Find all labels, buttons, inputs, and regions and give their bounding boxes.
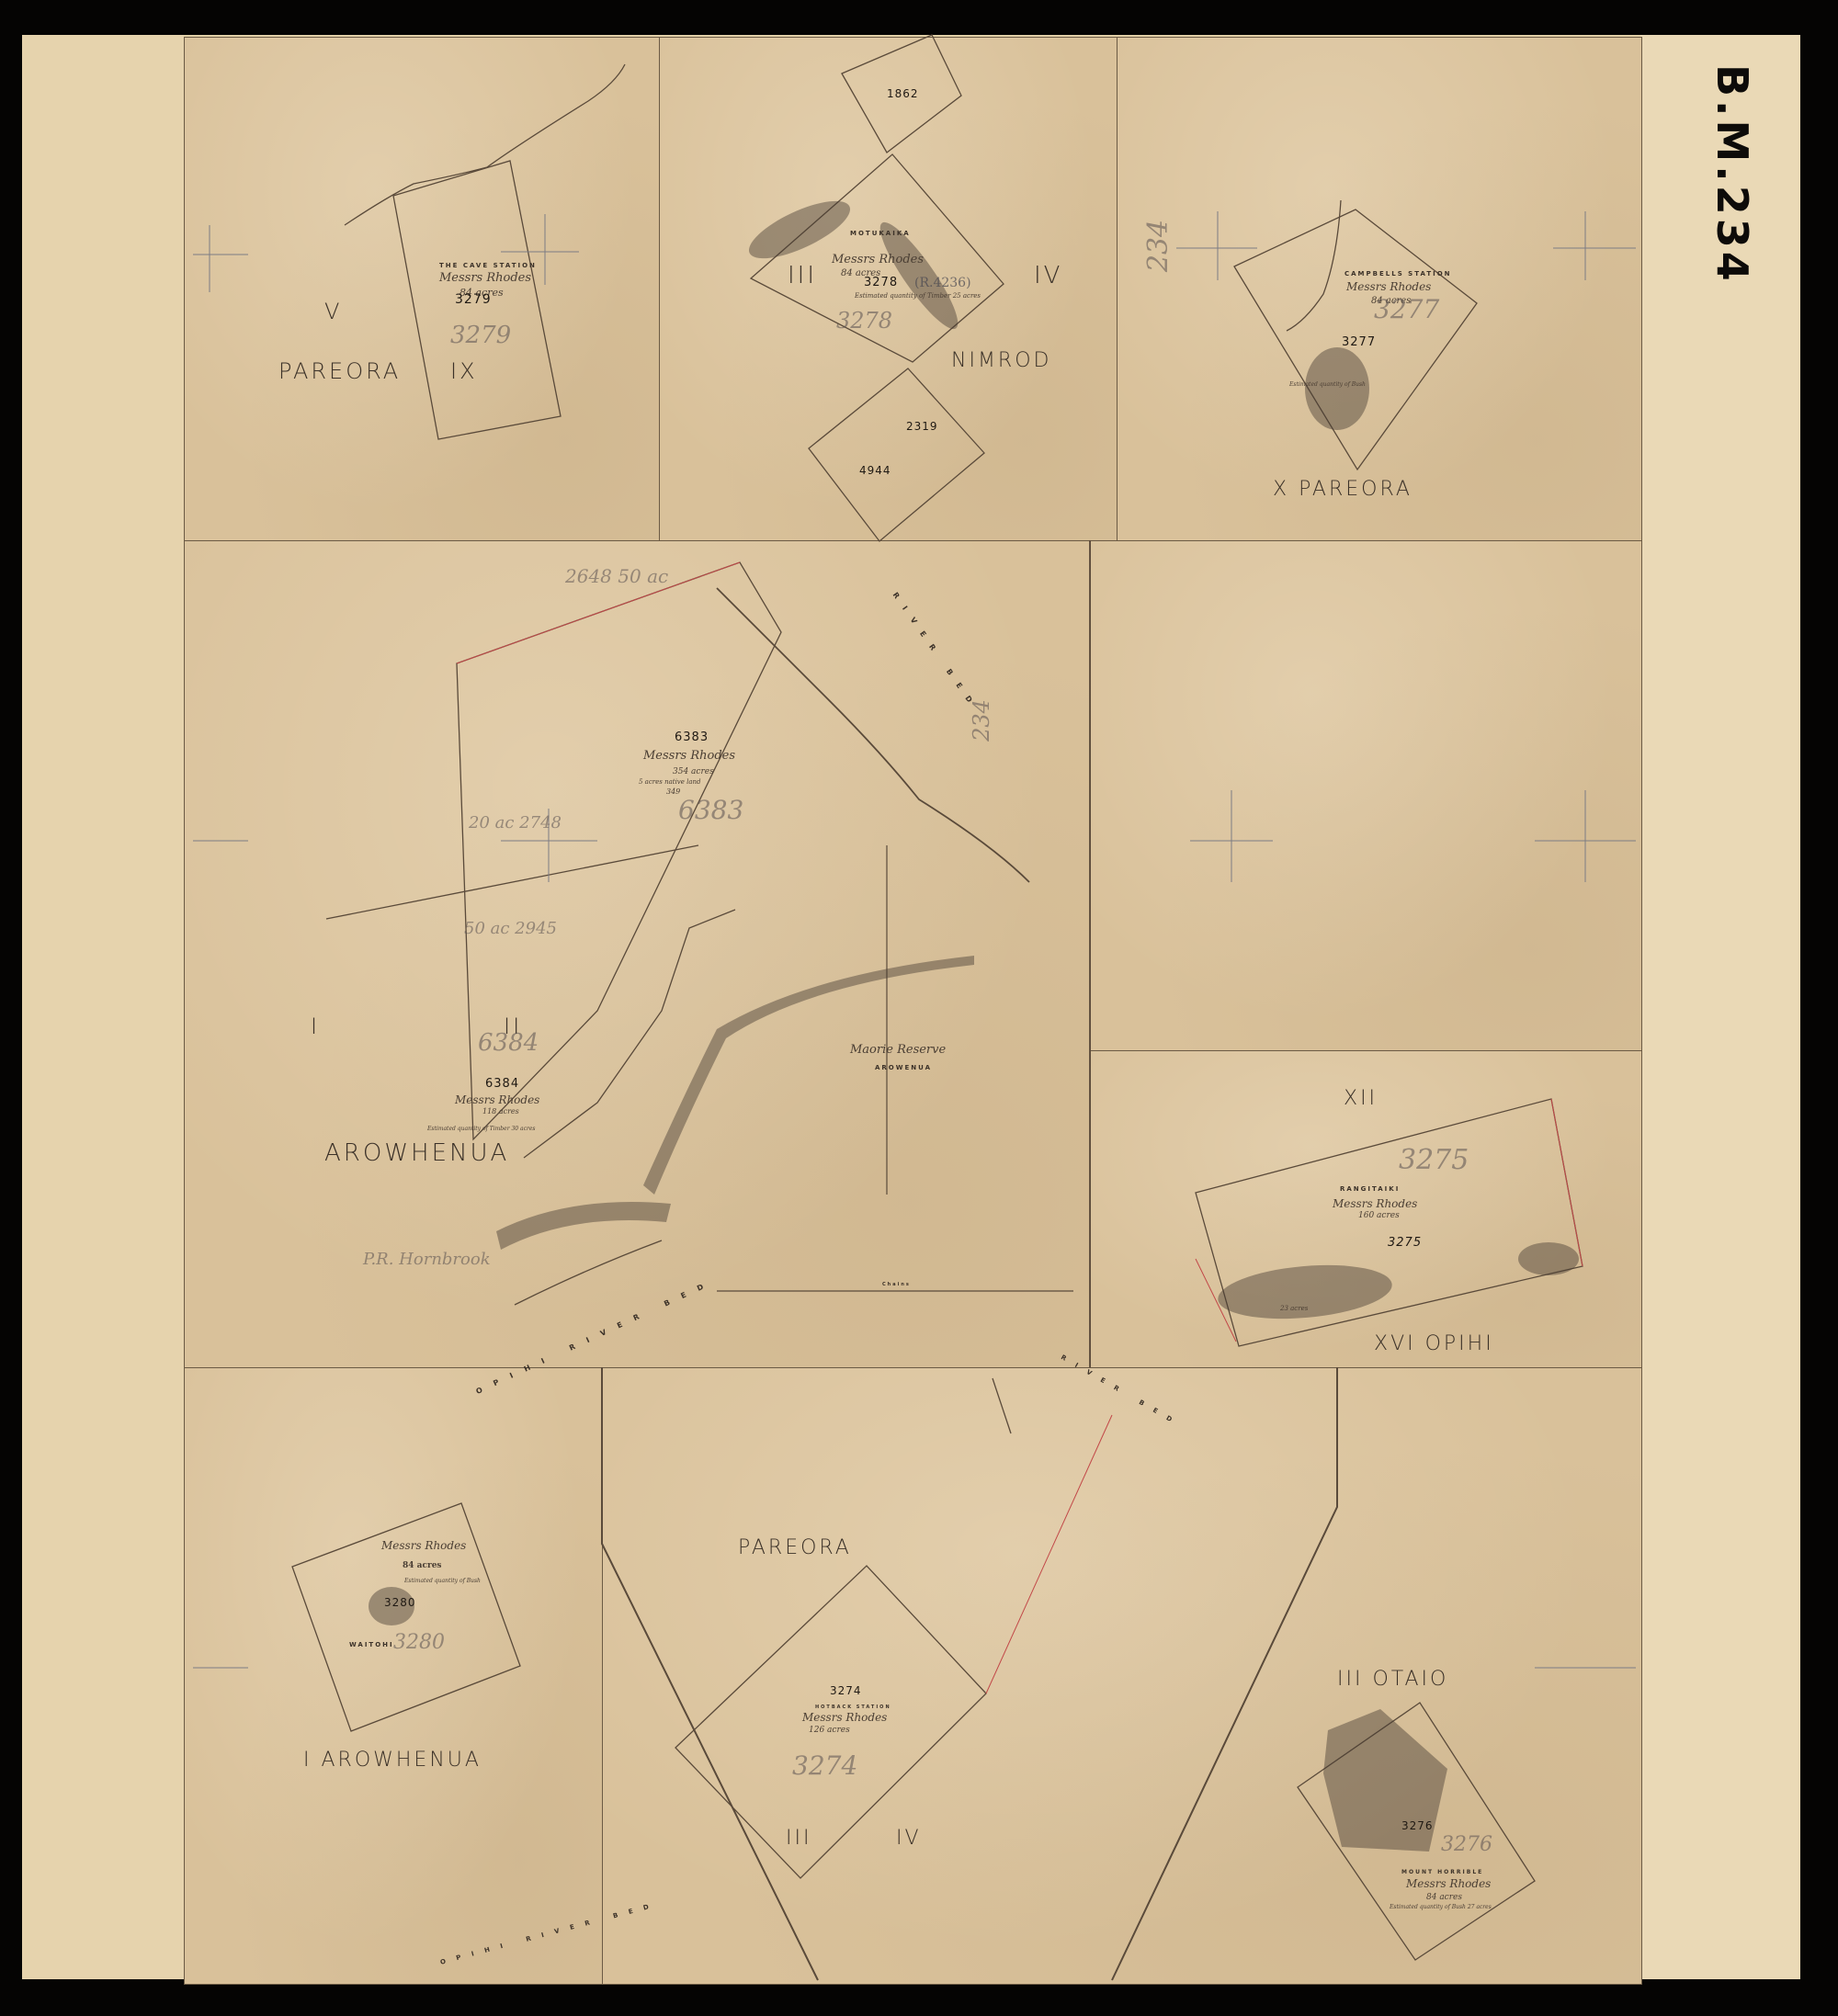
lot-note: Estimated quantity of Timber 25 acres bbox=[855, 292, 981, 300]
pencil-number: 3277 bbox=[1374, 294, 1439, 324]
district-label-i: I bbox=[311, 1014, 320, 1039]
district-label-arowhenua: AROWHENUA bbox=[324, 1139, 509, 1167]
district-label-xii: XII bbox=[1344, 1087, 1378, 1110]
lot-number-6383: 6383 bbox=[675, 731, 709, 744]
lot-number-3275: 3275 bbox=[1388, 1236, 1422, 1250]
lot-note: Estimated quantity of Bush bbox=[1289, 381, 1366, 388]
feature-label-arowenua: AROWENUA bbox=[875, 1064, 932, 1071]
area-label: 84 acres bbox=[1426, 1893, 1462, 1902]
lot-number-3278: 3278 bbox=[864, 276, 898, 289]
deduct-label: 5 acres native land bbox=[639, 778, 701, 786]
pencil-note: 50 ac 2945 bbox=[464, 919, 557, 938]
district-label-iii: III bbox=[786, 1827, 811, 1850]
lot-number-3280: 3280 bbox=[384, 1596, 416, 1609]
lot-number-2319: 2319 bbox=[906, 420, 938, 433]
owner-label: Messrs Rhodes bbox=[381, 1539, 466, 1552]
lot-number-3274: 3274 bbox=[830, 1684, 862, 1697]
owner-label: Messrs Rhodes bbox=[1333, 1197, 1417, 1210]
pencil-note: 2648 50 ac bbox=[565, 565, 668, 587]
station-label: HOTBACK STATION bbox=[815, 1705, 891, 1710]
area-label: 354 acres bbox=[673, 767, 714, 776]
owner-label: Messrs Rhodes bbox=[643, 749, 735, 763]
district-label-v: V bbox=[324, 299, 342, 324]
district-label-iii: III bbox=[788, 262, 817, 289]
owner-label: Messrs Rhodes bbox=[439, 271, 531, 285]
owner-label: Messrs Rhodes bbox=[1406, 1877, 1491, 1890]
lot-number-3277: 3277 bbox=[1342, 335, 1376, 349]
pencil-number: 3274 bbox=[792, 1750, 857, 1781]
pencil-note: P.R. Hornbrook bbox=[363, 1250, 491, 1269]
district-label-iv: IV bbox=[896, 1827, 922, 1850]
lot-note: Estimated quantity of Timber 30 acres bbox=[427, 1126, 535, 1132]
district-label-xvi-opihi: XVI OPIHI bbox=[1374, 1332, 1494, 1355]
district-label-iv: IV bbox=[1034, 262, 1062, 289]
lot-note: Estimated quantity of Bush bbox=[404, 1578, 481, 1584]
bush-area-label: 23 acres bbox=[1280, 1305, 1308, 1312]
area-label: 118 acres bbox=[482, 1107, 519, 1116]
area-label: 84 acres bbox=[403, 1561, 442, 1570]
feature-label-maorie-reserve: Maorie Reserve bbox=[850, 1043, 946, 1057]
owner-label: Messrs Rhodes bbox=[832, 253, 924, 266]
pencil-number: 6384 bbox=[478, 1029, 539, 1057]
pencil-number: 3280 bbox=[393, 1631, 445, 1654]
area-label: 160 acres bbox=[1358, 1211, 1400, 1220]
pencil-number: 3276 bbox=[1441, 1833, 1492, 1856]
pencil-note: 234 bbox=[969, 699, 994, 742]
owner-label: Messrs Rhodes bbox=[1346, 280, 1431, 293]
lot-note: Estimated quantity of Bush 27 acres bbox=[1390, 1904, 1492, 1910]
lot-number-6384: 6384 bbox=[485, 1077, 519, 1091]
district-label-iii-otaio: III OTAIO bbox=[1337, 1668, 1448, 1691]
feature-label-waitohi: WAITOHI bbox=[349, 1641, 394, 1648]
district-label-nimrod: NIMROD bbox=[951, 349, 1051, 372]
district-label-pareora: PAREORA bbox=[278, 358, 401, 384]
scale-bar-label: Chains bbox=[882, 1282, 911, 1287]
lot-ref: (R.4236) bbox=[914, 276, 971, 290]
lot-number-4944: 4944 bbox=[859, 464, 891, 477]
district-label-pareora: PAREORA bbox=[738, 1536, 852, 1559]
pencil-number: 3275 bbox=[1399, 1144, 1469, 1176]
station-label: RANGITAIKI bbox=[1340, 1185, 1400, 1193]
station-label: MOTUKAIKA bbox=[850, 230, 911, 237]
pencil-number: 3278 bbox=[836, 308, 892, 334]
pencil-number: 3279 bbox=[450, 322, 511, 349]
pencil-note-234: 234 bbox=[1142, 220, 1174, 272]
survey-linework bbox=[0, 0, 1838, 2016]
station-label: THE CAVE STATION bbox=[439, 262, 537, 269]
lot-number-3276: 3276 bbox=[1401, 1819, 1434, 1832]
lot-number-1862: 1862 bbox=[887, 87, 919, 100]
owner-label: Messrs Rhodes bbox=[455, 1093, 539, 1106]
station-label: CAMPBELLS STATION bbox=[1344, 270, 1452, 277]
lot-number-3279: 3279 bbox=[455, 292, 492, 307]
pencil-note: 20 ac 2748 bbox=[469, 813, 562, 832]
district-label-ix: IX bbox=[450, 358, 478, 384]
station-label: MOUNT HORRIBLE bbox=[1401, 1869, 1483, 1875]
area-label: 126 acres bbox=[809, 1726, 850, 1735]
district-label-i-arowhenua: I AROWHENUA bbox=[303, 1749, 482, 1772]
pencil-number: 6383 bbox=[678, 795, 743, 825]
district-label-x-pareora: X PAREORA bbox=[1273, 478, 1413, 501]
owner-label: Messrs Rhodes bbox=[802, 1711, 887, 1724]
